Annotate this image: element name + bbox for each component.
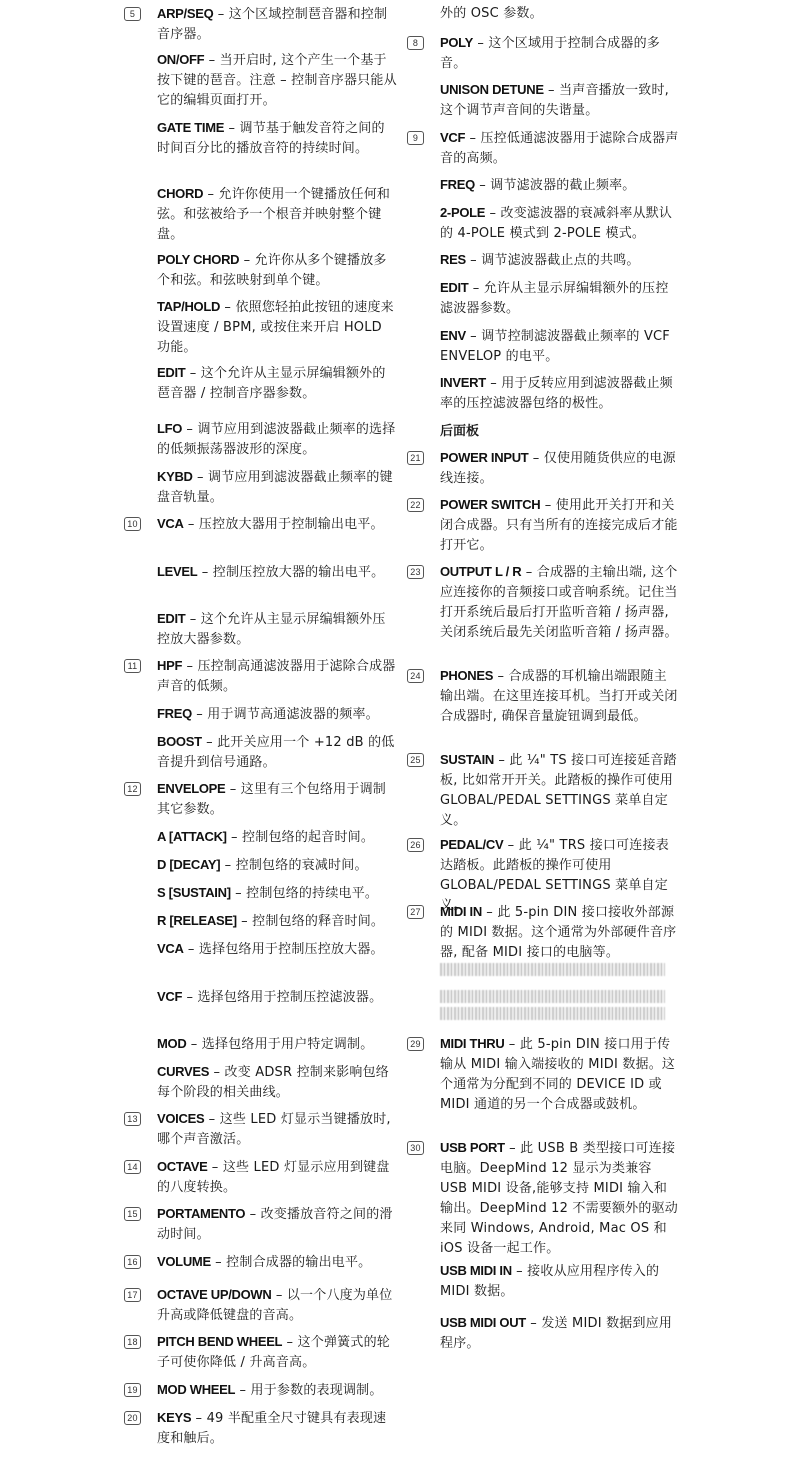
item-keyword: A [ATTACK] — [157, 829, 227, 844]
list-item: 17OCTAVE UP/DOWN – 以一个八度为单位升高或降低键盘的音高。 — [157, 1285, 397, 1326]
list-item: 10VCA – 压控放大器用于控制输出电平。 — [157, 514, 397, 535]
item-keyword: LEVEL — [157, 564, 197, 579]
item-keyword: UNISON DETUNE — [440, 82, 544, 97]
item-description: – 调节应用到滤波器截止频率的键盘音轨量。 — [157, 470, 393, 505]
item-keyword: 2-POLE — [440, 205, 485, 220]
item-description: – 允许从主显示屏编辑额外的压控滤波器参数。 — [440, 281, 669, 316]
item-keyword: FREQ — [157, 706, 192, 721]
list-item: USB MIDI IN – 接收从应用程序传入的 MIDI 数据。 — [440, 1261, 680, 1302]
item-keyword: ENV — [440, 328, 466, 343]
list-item: CHORD – 允许你使用一个键播放任何和弦。和弦被给予一个根音并映射整个键盘。 — [157, 184, 397, 245]
list-item: 22POWER SWITCH – 使用此开关打开和关闭合成器。只有当所有的连接完… — [440, 495, 680, 556]
item-keyword: MOD WHEEL — [157, 1382, 235, 1397]
item-number-badge: 16 — [124, 1255, 141, 1269]
list-item: 16VOLUME – 控制合成器的输出电平。 — [157, 1252, 397, 1273]
item-keyword: HPF — [157, 658, 182, 673]
item-description: – 压控放大器用于控制输出电平。 — [184, 517, 384, 532]
item-number-badge: 26 — [407, 838, 424, 852]
item-description: – 压控低通滤波器用于滤除合成器声音的高频。 — [440, 131, 678, 166]
item-number-badge: 5 — [124, 7, 141, 21]
item-description: – 控制包络的持续电平。 — [231, 886, 378, 901]
item-description: – 选择包络用于控制压控滤波器。 — [182, 990, 382, 1005]
list-item: KYBD – 调节应用到滤波器截止频率的键盘音轨量。 — [157, 467, 397, 508]
item-description: – 此 USB B 类型接口可连接电脑。DeepMind 12 显示为类兼容 U… — [440, 1141, 678, 1256]
item-number-badge: 15 — [124, 1207, 141, 1221]
item-keyword: PITCH BEND WHEEL — [157, 1334, 282, 1349]
list-item: GATE TIME – 调节基于触发音符之间的时间百分比的播放音符的持续时间。 — [157, 118, 397, 159]
list-item: 30USB PORT – 此 USB B 类型接口可连接电脑。DeepMind … — [440, 1138, 680, 1259]
item-keyword: VCA — [157, 941, 184, 956]
list-item: 5ARP/SEQ – 这个区域控制琶音器和控制音序器。 — [157, 4, 397, 45]
item-description: – 用于调节高通滤波器的频率。 — [192, 707, 379, 722]
item-number-badge: 29 — [407, 1037, 424, 1051]
list-item: EDIT – 这个允许从主显示屏编辑额外压控放大器参数。 — [157, 609, 397, 650]
item-number-badge: 12 — [124, 782, 141, 796]
list-item: 14OCTAVE – 这些 LED 灯显示应用到键盘的八度转换。 — [157, 1157, 397, 1198]
item-keyword: R [RELEASE] — [157, 913, 237, 928]
item-description: – 控制合成器的输出电平。 — [211, 1255, 372, 1270]
item-number-badge: 14 — [124, 1160, 141, 1174]
item-keyword: PHONES — [440, 668, 493, 683]
item-description: – 控制包络的衰减时间。 — [220, 858, 367, 873]
item-description: – 控制包络的起音时间。 — [227, 830, 374, 845]
item-keyword: KYBD — [157, 469, 193, 484]
item-description: – 压控制高通滤波器用于滤除合成器声音的低频。 — [157, 659, 395, 694]
item-keyword: PEDAL/CV — [440, 837, 503, 852]
item-number-badge: 19 — [124, 1383, 141, 1397]
list-item: BOOST – 此开关应用一个 +12 dB 的低音提升到信号通路。 — [157, 732, 397, 773]
item-number-badge: 20 — [124, 1411, 141, 1425]
list-item: 12ENVELOPE – 这里有三个包络用于调制其它参数。 — [157, 779, 397, 820]
item-keyword: VCF — [440, 130, 465, 145]
item-number-badge: 22 — [407, 498, 424, 512]
list-item: 外的 OSC 参数。 — [440, 4, 680, 24]
item-keyword: RES — [440, 252, 466, 267]
item-keyword: S [SUSTAIN] — [157, 885, 231, 900]
item-keyword: CHORD — [157, 186, 203, 201]
list-item: 25SUSTAIN – 此 ¼" TS 接口可连接延音踏板, 比如常开开关。此踏… — [440, 750, 680, 831]
list-item: 9VCF – 压控低通滤波器用于滤除合成器声音的高频。 — [440, 128, 680, 169]
list-item: 23OUTPUT L / R – 合成器的主输出端, 这个应连接你的音频接口或音… — [440, 562, 680, 643]
item-description: – 调节滤波器的截止频率。 — [475, 178, 636, 193]
item-description: – 选择包络用于用户特定调制。 — [186, 1037, 373, 1052]
item-keyword: OCTAVE — [157, 1159, 207, 1174]
list-item: 19MOD WHEEL – 用于参数的表现调制。 — [157, 1380, 397, 1401]
item-keyword: USB PORT — [440, 1140, 505, 1155]
list-item: RES – 调节滤波器截止点的共鸣。 — [440, 250, 680, 271]
list-item: VCA – 选择包络用于控制压控放大器。 — [157, 939, 397, 960]
item-number-badge: 8 — [407, 36, 424, 50]
list-item: TAP/HOLD – 依照您轻拍此按钮的速度来设置速度 / BPM, 或按住来开… — [157, 297, 397, 358]
item-description: – 控制包络的释音时间。 — [237, 914, 384, 929]
item-description: – 这个允许从主显示屏编辑额外的琶音器 / 控制音序器参数。 — [157, 366, 386, 401]
item-number-badge: 18 — [124, 1335, 141, 1349]
item-keyword: D [DECAY] — [157, 857, 220, 872]
list-item: 24PHONES – 合成器的耳机输出端跟随主输出端。在这里连接耳机。当打开或关… — [440, 666, 680, 727]
item-keyword: POLY — [440, 35, 473, 50]
item-keyword: ARP/SEQ — [157, 6, 213, 21]
item-keyword: LFO — [157, 421, 182, 436]
list-item: R [RELEASE] – 控制包络的释音时间。 — [157, 911, 397, 932]
list-item: EDIT – 允许从主显示屏编辑额外的压控滤波器参数。 — [440, 278, 680, 319]
list-item: UNISON DETUNE – 当声音播放一致时, 这个调节声音间的失谐量。 — [440, 80, 680, 121]
list-item: MOD – 选择包络用于用户特定调制。 — [157, 1034, 397, 1055]
item-keyword: CURVES — [157, 1064, 209, 1079]
item-keyword: USB MIDI IN — [440, 1263, 512, 1278]
item-keyword: EDIT — [157, 365, 185, 380]
list-item: ENV – 调节控制滤波器截止频率的 VCF ENVELOP 的电平。 — [440, 326, 680, 367]
item-keyword: OCTAVE UP/DOWN — [157, 1287, 271, 1302]
item-number-badge: 17 — [124, 1288, 141, 1302]
item-keyword: PORTAMENTO — [157, 1206, 245, 1221]
list-item: VCF – 选择包络用于控制压控滤波器。 — [157, 987, 397, 1008]
item-keyword: MIDI THRU — [440, 1036, 504, 1051]
list-item: FREQ – 用于调节高通滤波器的频率。 — [157, 704, 397, 725]
list-item: ON/OFF – 当开启时, 这个产生一个基于按下键的琶音。注意 – 控制音序器… — [157, 50, 397, 111]
item-number-badge: 25 — [407, 753, 424, 767]
item-number-badge: 9 — [407, 131, 424, 145]
item-description: – 控制压控放大器的输出电平。 — [197, 565, 384, 580]
item-keyword: KEYS — [157, 1410, 191, 1425]
item-keyword: MIDI IN — [440, 904, 482, 919]
item-number-badge: 11 — [124, 659, 141, 673]
item-keyword: EDIT — [157, 611, 185, 626]
item-keyword: ON/OFF — [157, 52, 204, 67]
list-item: INVERT – 用于反转应用到滤波器截止频率的压控滤波器包络的极性。 — [440, 373, 680, 414]
item-number-badge: 21 — [407, 451, 424, 465]
item-keyword: VOICES — [157, 1111, 204, 1126]
item-keyword: EDIT — [440, 280, 468, 295]
item-description: – 选择包络用于控制压控放大器。 — [184, 942, 384, 957]
list-item: 13VOICES – 这些 LED 灯显示当键播放时, 哪个声音激活。 — [157, 1109, 397, 1150]
list-item: 15PORTAMENTO – 改变播放音符之间的滑动时间。 — [157, 1204, 397, 1245]
item-keyword: FREQ — [440, 177, 475, 192]
item-keyword: SUSTAIN — [440, 752, 494, 767]
list-item: CURVES – 改变 ADSR 控制来影响包络每个阶段的相关曲线。 — [157, 1062, 397, 1103]
item-keyword: GATE TIME — [157, 120, 224, 135]
list-item: 29MIDI THRU – 此 5-pin DIN 接口用于传输从 MIDI 输… — [440, 1034, 680, 1115]
item-keyword: USB MIDI OUT — [440, 1315, 526, 1330]
item-number-badge: 10 — [124, 517, 141, 531]
right-column: 外的 OSC 参数。8POLY – 这个区域用于控制合成器的多音。UNISON … — [395, 0, 790, 1479]
list-item: S [SUSTAIN] – 控制包络的持续电平。 — [157, 883, 397, 904]
list-item: LFO – 调节应用到滤波器截止频率的选择的低频振荡器波形的深度。 — [157, 419, 397, 460]
item-number-badge: 13 — [124, 1112, 141, 1126]
section-heading-rear-panel: 后面板 — [440, 420, 479, 439]
item-description: – 这个区域用于控制合成器的多音。 — [440, 36, 660, 71]
list-item: D [DECAY] – 控制包络的衰减时间。 — [157, 855, 397, 876]
list-item: FREQ – 调节滤波器的截止频率。 — [440, 175, 680, 196]
item-description: – 49 半配重全尺寸键具有表现速度和触后。 — [157, 1411, 386, 1446]
list-item: 27MIDI IN – 此 5-pin DIN 接口接收外部源的 MIDI 数据… — [440, 902, 680, 963]
list-item: 21POWER INPUT – 仅使用随货供应的电源线连接。 — [440, 448, 680, 489]
item-description: – 这个允许从主显示屏编辑额外压控放大器参数。 — [157, 612, 386, 647]
item-keyword: VOLUME — [157, 1254, 211, 1269]
item-keyword: ENVELOPE — [157, 781, 225, 796]
illegible-line — [440, 963, 665, 976]
item-number-badge: 23 — [407, 565, 424, 579]
list-item: 11HPF – 压控制高通滤波器用于滤除合成器声音的低频。 — [157, 656, 397, 697]
list-item: EDIT – 这个允许从主显示屏编辑额外的琶音器 / 控制音序器参数。 — [157, 363, 397, 404]
item-keyword: VCA — [157, 516, 184, 531]
list-item: A [ATTACK] – 控制包络的起音时间。 — [157, 827, 397, 848]
item-keyword: MOD — [157, 1036, 186, 1051]
item-keyword: VCF — [157, 989, 182, 1004]
item-keyword: OUTPUT L / R — [440, 564, 521, 579]
item-keyword: POWER SWITCH — [440, 497, 540, 512]
item-number-badge: 24 — [407, 669, 424, 683]
item-keyword: POLY CHORD — [157, 252, 239, 267]
item-keyword: BOOST — [157, 734, 202, 749]
list-item: POLY CHORD – 允许你从多个键播放多个和弦。和弦映射到单个键。 — [157, 250, 397, 291]
item-keyword: TAP/HOLD — [157, 299, 220, 314]
list-item: LEVEL – 控制压控放大器的输出电平。 — [157, 562, 397, 583]
item-description: – 调节滤波器截止点的共鸣。 — [466, 253, 640, 268]
item-description: – 调节应用到滤波器截止频率的选择的低频振荡器波形的深度。 — [157, 422, 395, 457]
item-description: 外的 OSC 参数。 — [440, 6, 543, 21]
illegible-line — [440, 990, 665, 1003]
list-item: 8POLY – 这个区域用于控制合成器的多音。 — [440, 33, 680, 74]
item-number-badge: 30 — [407, 1141, 424, 1155]
list-item: 20KEYS – 49 半配重全尺寸键具有表现速度和触后。 — [157, 1408, 397, 1449]
list-item: 18PITCH BEND WHEEL – 这个弹簧式的轮子可使你降低 / 升高音… — [157, 1332, 397, 1373]
item-number-badge: 27 — [407, 905, 424, 919]
illegible-line — [440, 1007, 665, 1020]
item-keyword: INVERT — [440, 375, 486, 390]
item-keyword: POWER INPUT — [440, 450, 528, 465]
list-item: 2-POLE – 改变滤波器的衰减斜率从默认的 4-POLE 模式到 2-POL… — [440, 203, 680, 244]
left-column: 5ARP/SEQ – 这个区域控制琶音器和控制音序器。ON/OFF – 当开启时… — [0, 0, 395, 1479]
item-description: – 调节控制滤波器截止频率的 VCF ENVELOP 的电平。 — [440, 329, 670, 364]
list-item: USB MIDI OUT – 发送 MIDI 数据到应用程序。 — [440, 1313, 680, 1354]
item-description: – 用于参数的表现调制。 — [235, 1383, 382, 1398]
